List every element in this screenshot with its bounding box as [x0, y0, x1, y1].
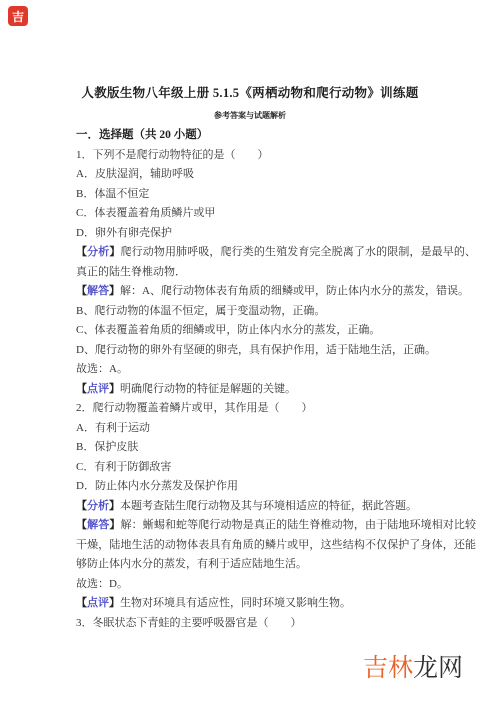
comment-label: 【点评】 — [76, 383, 120, 395]
answer-text: 解：A、爬行动物体表有角质的细鳞或甲，防止体内水分的蒸发，错误。 — [120, 285, 469, 297]
question-1-option-c: C．体表覆盖着角质鳞片或甲 — [76, 204, 476, 224]
question-1-answer: 【解答】解：A、爬行动物体表有角质的细鳞或甲，防止体内水分的蒸发，错误。 — [76, 282, 476, 302]
answer-text: 解：蜥蜴和蛇等爬行动物是真正的陆生脊椎动物，由于陆地环境相对比较干燥，陆地生活的… — [76, 519, 476, 570]
question-2-analysis: 【分析】本题考查陆生爬行动物及其与环境相适应的特征，据此答题。 — [76, 497, 476, 517]
answer-label: 【解答】 — [76, 519, 120, 531]
question-2-answer: 【解答】解：蜥蜴和蛇等爬行动物是真正的陆生脊椎动物，由于陆地环境相对比较干燥，陆… — [76, 516, 476, 575]
comment-label: 【点评】 — [76, 597, 120, 609]
analysis-label: 【分析】 — [76, 500, 120, 512]
analysis-text: 爬行动物用肺呼吸，爬行类的生殖发育完全脱离了水的限制，是最早的、真正的陆生脊椎动… — [76, 246, 476, 278]
question-2-option-b: B．保护皮肤 — [76, 438, 476, 458]
analysis-label: 【分析】 — [76, 246, 120, 258]
question-3-stem: 3．冬眠状态下青蛙的主要呼吸器官是（ ） — [76, 614, 476, 634]
watermark-part1: 吉林 — [363, 654, 413, 682]
question-2-option-d: D．防止体内水分蒸发及保护作用 — [76, 477, 476, 497]
question-1-option-b: B．体温不恒定 — [76, 185, 476, 205]
question-2-option-c: C．有利于防御敌害 — [76, 458, 476, 478]
comment-text: 生物对环境具有适应性，同时环境又影响生物。 — [120, 597, 351, 609]
question-2-comment: 【点评】生物对环境具有适应性，同时环境又影响生物。 — [76, 594, 476, 614]
question-2-stem: 2．爬行动物覆盖着鳞片或甲，其作用是（ ） — [76, 399, 476, 419]
question-1-stem: 1．下列不是爬行动物特征的是（ ） — [76, 146, 476, 166]
document-page: 人教版生物八年级上册 5.1.5《两栖动物和爬行动物》训练题 参考答案与试题解析… — [0, 0, 500, 707]
watermark: 吉林龙网 — [363, 653, 463, 683]
question-2-answer-choice: 故选：D。 — [76, 575, 476, 595]
question-1-option-a: A．皮肤湿润，辅助呼吸 — [76, 165, 476, 185]
page-subtitle: 参考答案与试题解析 — [24, 106, 476, 126]
analysis-text: 本题考查陆生爬行动物及其与环境相适应的特征，据此答题。 — [120, 500, 417, 512]
question-1-answer-line: B、爬行动物的体温不恒定，属于变温动物，正确。 — [76, 302, 476, 322]
question-1-answer-line: C、体表覆盖着角质的细鳞或甲，防止体内水分的蒸发，正确。 — [76, 321, 476, 341]
question-1-option-d: D．卵外有卵壳保护 — [76, 224, 476, 244]
page-title: 人教版生物八年级上册 5.1.5《两栖动物和爬行动物》训练题 — [24, 83, 476, 103]
question-1-answer-line: D、爬行动物的卵外有坚硬的卵壳，具有保护作用，适于陆地生活，正确。 — [76, 341, 476, 361]
question-1-analysis: 【分析】爬行动物用肺呼吸，爬行类的生殖发育完全脱离了水的限制，是最早的、真正的陆… — [76, 243, 476, 282]
question-1-comment: 【点评】明确爬行动物的特征是解题的关键。 — [76, 380, 476, 400]
question-1-answer-choice: 故选：A。 — [76, 360, 476, 380]
comment-text: 明确爬行动物的特征是解题的关键。 — [120, 383, 296, 395]
watermark-part2: 龙网 — [413, 654, 463, 682]
answer-label: 【解答】 — [76, 285, 120, 297]
section-heading: 一．选择题（共 20 小题） — [76, 126, 476, 146]
question-2-option-a: A．有利于运动 — [76, 419, 476, 439]
